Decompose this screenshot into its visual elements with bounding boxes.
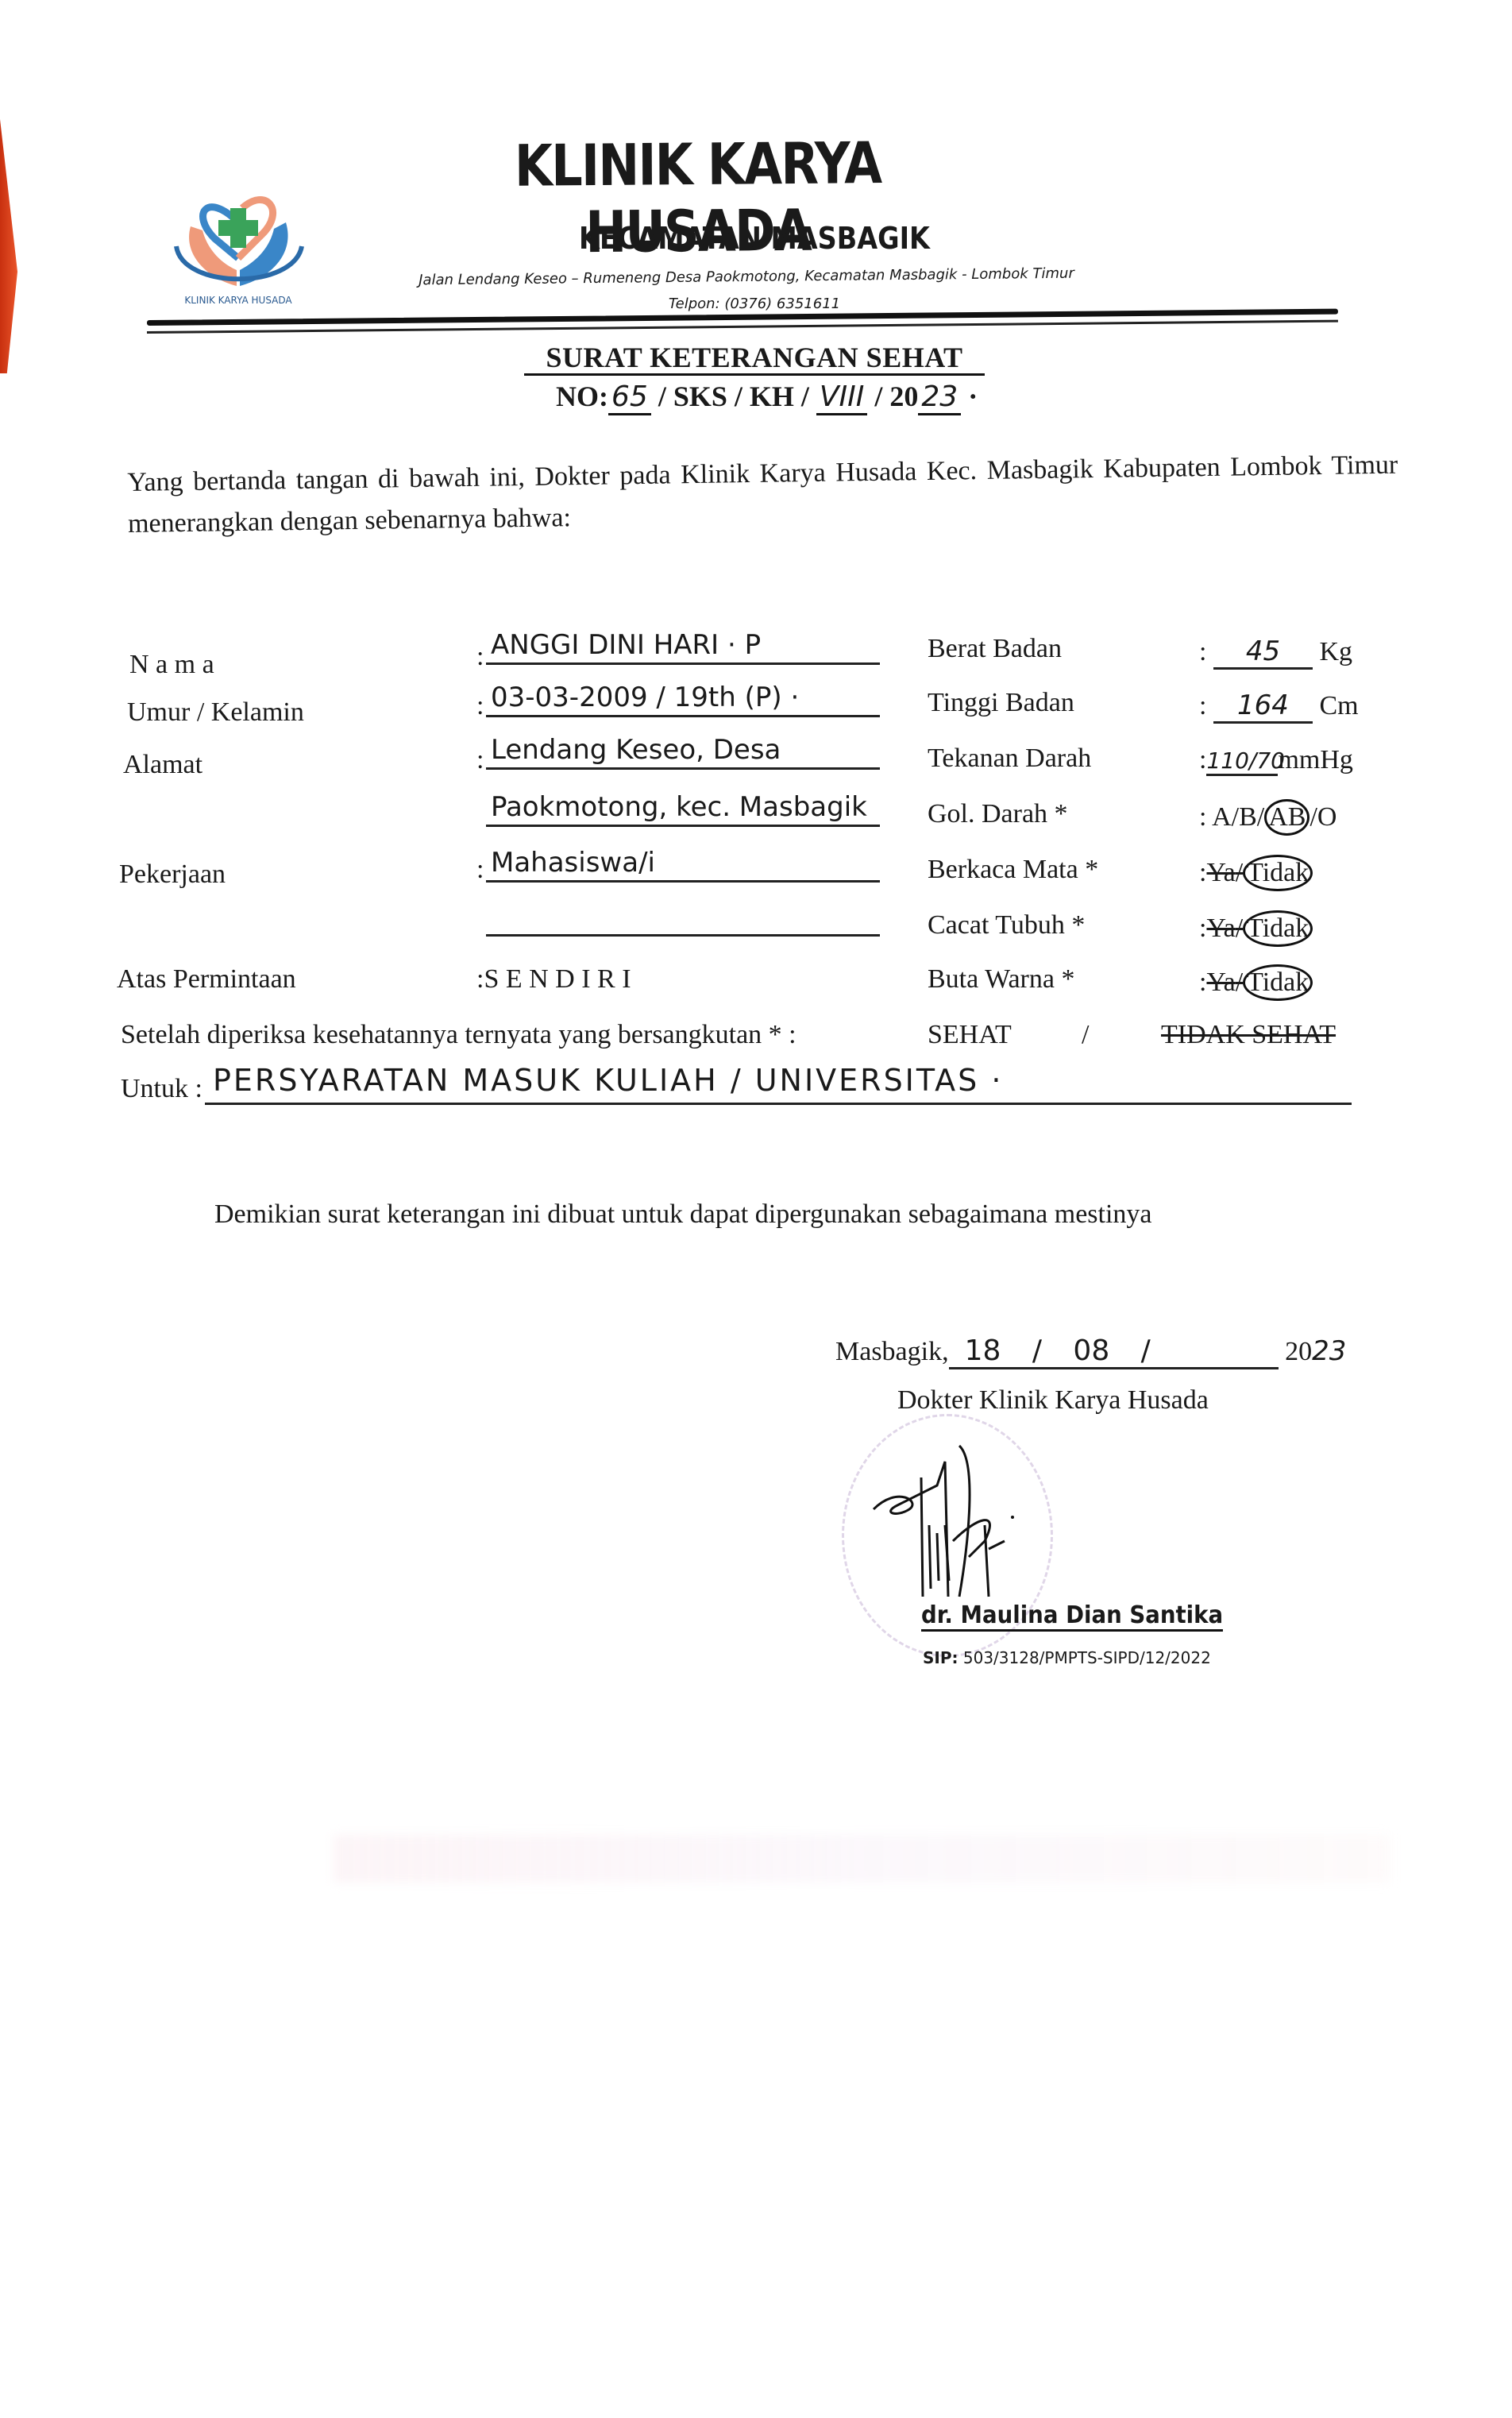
label-name: N a m a [129,650,214,680]
sign-date: Masbagik,18 / 08 / 2023 [835,1335,1346,1369]
value-color-blind: :Ya/Tidak [1199,964,1313,1001]
intro-paragraph: Yang bertanda tangan di bawah ini, Dokte… [127,445,1398,545]
clinic-address: Jalan Lendang Keseo – Rumeneng Desa Paok… [349,265,1144,289]
label-blood-pressure: Tekanan Darah [928,744,1091,774]
document-number: NO:65 / SKS / KH / VIII / 2023 · [556,380,1032,413]
value-blank-line [486,907,880,937]
value-weight: : 45 Kg [1199,635,1352,670]
month-handwritten: VIII [816,380,867,415]
label-glasses: Berkaca Mata * [928,855,1098,885]
value-address-line1: Lendang Keseo, Desa [486,732,880,770]
svg-text:KLINIK KARYA HUSADA: KLINIK KARYA HUSADA [184,295,292,306]
signature-icon [866,1430,1024,1605]
clinic-phone: Telpon: (0376) 6351611 [556,295,953,312]
value-blood-type: : A/B/AB/O [1199,799,1336,836]
year-prefix: / 20 [874,380,918,412]
clinic-district: KECAMATAN MASBAGIK [510,221,999,256]
label-height: Tinggi Badan [928,688,1074,718]
value-age-sex: 03-03-2009 / 19th (P) · [486,680,880,717]
label-address: Alamat [123,750,202,780]
value-height: : 164 Cm [1199,689,1359,724]
closing-statement: Demikian surat keterangan ini dibuat unt… [214,1199,1152,1230]
number-handwritten: 65 [608,380,651,415]
number-suffix: · [968,380,978,412]
result-healthy: SEHAT [928,1020,1012,1050]
label-requested-by: Atas Permintaan [117,964,296,995]
value-glasses: :Ya/Tidak [1199,855,1313,891]
colon: : [476,642,484,672]
bleed-through-artifact [334,1835,1390,1883]
result-statement: Setelah diperiksa kesehatannya ternyata … [121,1020,796,1050]
label-purpose: Untuk : [121,1074,202,1104]
label-color-blind: Buta Warna * [928,964,1074,995]
colon: : [476,855,484,885]
result-unhealthy-struck: TIDAK SEHAT [1161,1020,1336,1050]
label-age-sex: Umur / Kelamin [127,697,304,728]
scan-edge-artifact [0,119,17,373]
colon: : [476,691,484,721]
signer-role: Dokter Klinik Karya Husada [897,1385,1209,1416]
colon: : [476,745,484,775]
number-prefix: NO: [556,380,608,412]
doctor-sip: SIP: 503/3128/PMPTS-SIPD/12/2022 [923,1648,1211,1667]
value-name: ANGGI DINI HARI · P [486,628,880,665]
document-title: SURAT KETERANGAN SEHAT [524,342,985,376]
value-blood-pressure: :110/70mmHg [1199,745,1353,776]
label-blood-type: Gol. Darah * [928,799,1068,829]
number-mid: / SKS / KH / [658,380,809,412]
value-purpose: PERSYARATAN MASUK KULIAH / UNIVERSITAS · [213,1063,1003,1098]
value-disability: :Ya/Tidak [1199,910,1313,947]
result-separator: / [1082,1020,1089,1050]
value-requested-by: :S E N D I R I [476,964,631,995]
purpose-line [205,1103,1352,1105]
selected-blood-type: AB [1264,799,1309,836]
value-occupation: Mahasiswa/i [486,845,880,883]
label-occupation: Pekerjaan [119,859,226,890]
doctor-name: dr. Maulina Dian Santika [921,1601,1223,1632]
label-disability: Cacat Tubuh * [928,910,1085,941]
label-weight: Berat Badan [928,634,1062,664]
value-address-line2: Paokmotong, kec. Masbagik [486,790,880,827]
year-handwritten: 23 [918,380,961,415]
clinic-logo-icon: KLINIK KARYA HUSADA [159,159,318,310]
